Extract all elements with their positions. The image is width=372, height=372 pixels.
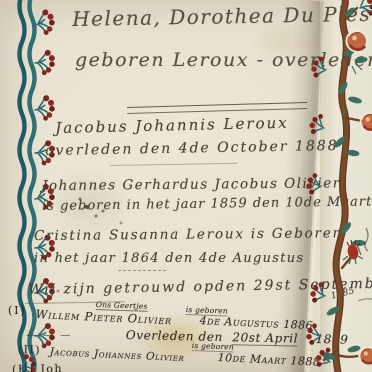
- child3-partial-line: (III Joh: [12, 362, 63, 372]
- child1-dashes: — — —: [26, 330, 72, 341]
- entry-cristina-leroux-birth-date: in het jaar 1864 den 4de Augustus: [34, 251, 304, 266]
- flowering-branch-illustration: [300, 0, 372, 372]
- facing-page-writing-fragment: [365, 228, 368, 251]
- child1-numeral: (I): [8, 304, 27, 317]
- entry-jacobus-leroux-name: Jacobus Johannis Leroux: [55, 114, 289, 137]
- child1-death-date: 20st April: [232, 330, 298, 346]
- faint-rule: [110, 163, 238, 166]
- entry-johannes-olivier-name: Johannes Gerhardus Jacobus Olivier: [42, 175, 341, 194]
- document-page: Helena, Dorothea Du Plesis geboren Lerou…: [0, 0, 372, 372]
- entry-cristina-leroux-name: Cristina Susanna Leroux is Geboren: [34, 225, 343, 244]
- dash-rule: [118, 270, 166, 271]
- facing-page-writing-fragment: [358, 299, 372, 301]
- ink-specks: [0, 0, 2, 2]
- section-divider-double-rule: [127, 102, 307, 114]
- child2-numeral: (II): [18, 343, 42, 357]
